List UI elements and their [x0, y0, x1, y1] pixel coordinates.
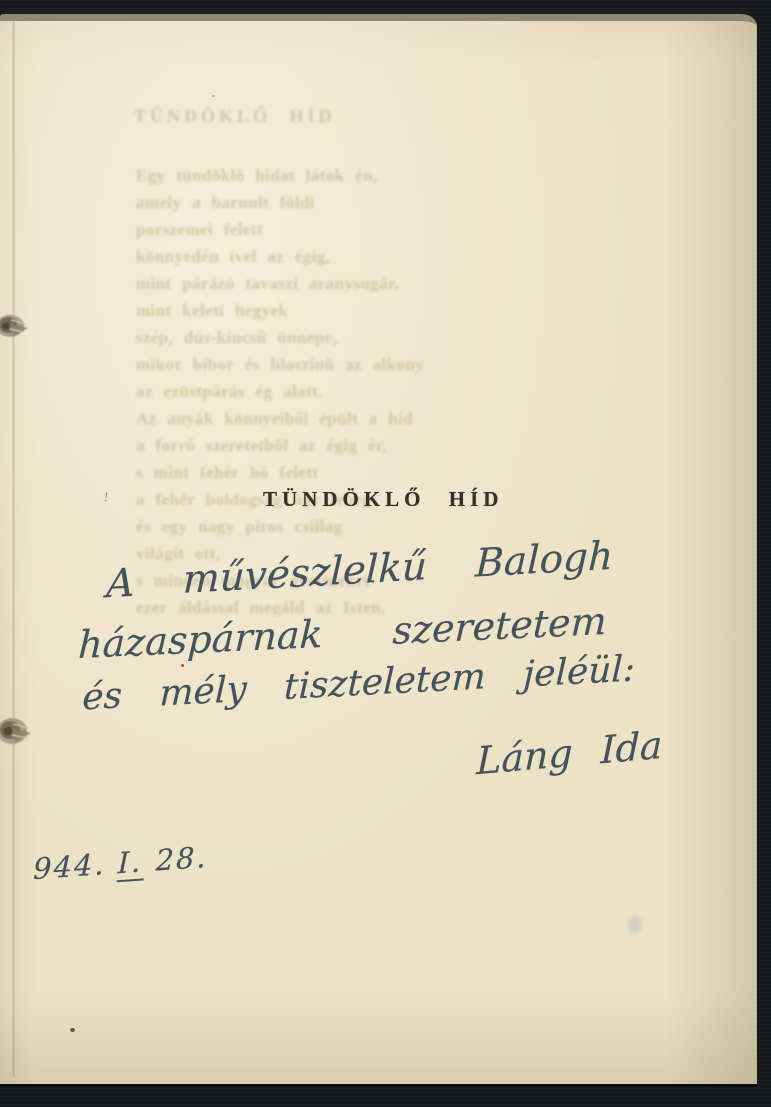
date-year: 944.	[33, 847, 106, 886]
paper-speck	[181, 664, 184, 667]
binding-stitch-icon	[0, 307, 37, 350]
date-month: I.	[116, 844, 144, 882]
scanned-page-photo: TÜNDÖKLŐ HÍD Egy tündöklő hidat látok én…	[0, 0, 771, 1107]
date-day: 28.	[155, 840, 208, 878]
page-title: TÜNDÖKLŐ HÍD	[263, 487, 503, 512]
paper-smudge	[628, 916, 642, 934]
binding-stitch-icon	[0, 709, 41, 758]
page-crease	[12, 21, 15, 1077]
paper-speck	[212, 95, 215, 97]
paper-speck	[70, 1028, 75, 1032]
